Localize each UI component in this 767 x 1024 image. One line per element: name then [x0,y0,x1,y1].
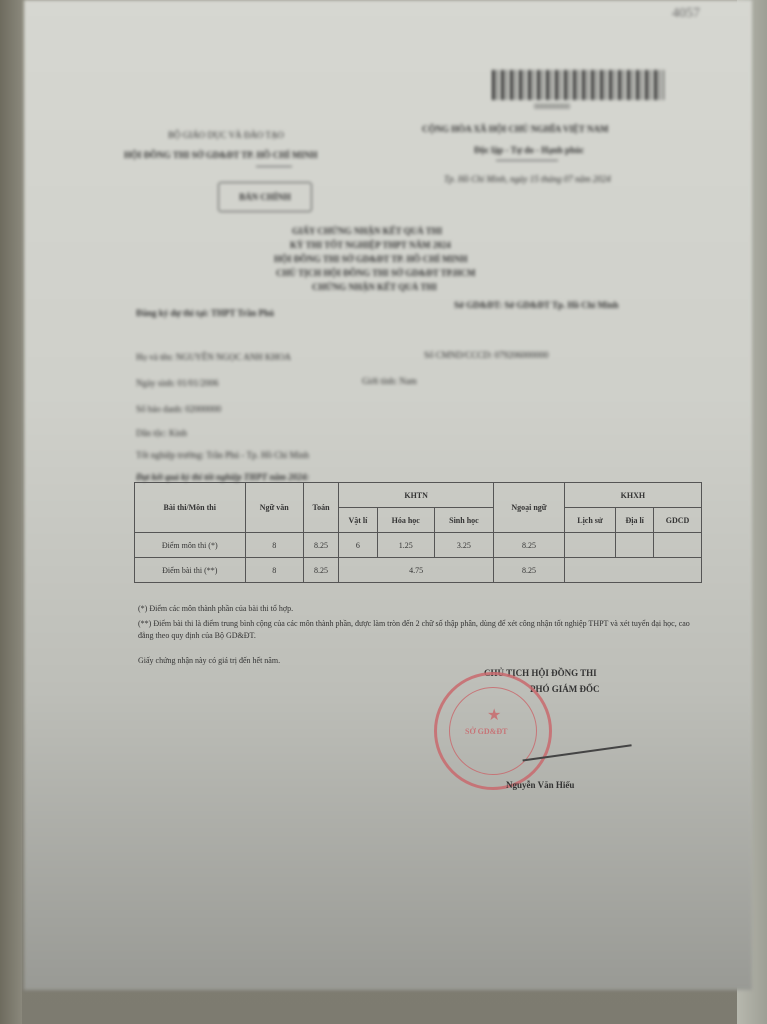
header-subject: Bài thi/Môn thi [135,483,246,533]
corner-mark: 4057 [672,6,700,22]
header-physics: Vật lí [339,508,378,533]
seal-text: SỞ GD&ĐT [465,727,507,736]
council-name: HỘI ĐỒNG THI SỞ GD&ĐT TP. HỒ CHÍ MINH [124,150,317,160]
star-icon: ★ [487,705,501,725]
header-natural-sciences: KHTN [339,483,494,508]
doc-title-4: CHỦ TỊCH HỘI ĐỒNG THI SỞ GD&ĐT TP.HCM [276,268,476,278]
registration-department: Sở GD&ĐT: Sở GD&ĐT Tp. Hồ Chí Minh [454,300,664,310]
doc-title-2: KỲ THI TỐT NGHIỆP THPT NĂM 2024 [290,240,451,250]
table-row: Điểm bài thi (**) 8 8.25 4.75 8.25 [135,558,702,583]
candidate-name: Họ và tên: NGUYỄN NGỌC ANH KHOA [136,352,291,362]
candidate-id: Số CMND/CCCD: 079206000000 [424,350,549,360]
divider [256,166,292,167]
results-section-title: Đạt kết quả kỳ thi tốt nghiệp THPT năm 2… [136,472,309,482]
background-left-edge [0,0,22,1024]
barcode [492,70,664,100]
divider [496,160,558,161]
barcode-number: 000000000 [534,102,570,111]
header-math: Toán [303,483,338,533]
candidate-dob: Ngày sinh: 01/01/2006 [136,378,219,388]
ministry-name: BỘ GIÁO DỤC VÀ ĐÀO TẠO [168,130,284,140]
header-history: Lịch sử [564,508,616,533]
issue-date: Tp. Hồ Chí Minh, ngày 15 tháng 07 năm 20… [444,174,611,184]
table-row: Điểm môn thi (*) 8 8.25 6 1.25 3.25 8.25 [135,533,702,558]
note-2: (**) Điểm bài thi là điểm trung bình cộn… [138,618,702,642]
header-biology: Sinh học [434,508,494,533]
results-table: Bài thi/Môn thi Ngữ văn Toán KHTN Ngoại … [134,482,702,583]
doc-title-3: HỘI ĐỒNG THI SỞ GD&ĐT TP. HỒ CHÍ MINH [274,254,467,264]
signatory-name: Nguyễn Văn Hiếu [506,780,574,790]
header-social-sciences: KHXH [564,483,701,508]
signatory-subtitle: PHÓ GIÁM ĐỐC [530,684,600,694]
national-motto: Độc lập - Tự do - Hạnh phúc [474,145,584,155]
header-chemistry: Hóa học [377,508,434,533]
original-copy-label: BẢN CHÍNH [218,182,312,212]
note-1: (*) Điểm các môn thành phần của bài thi … [138,604,293,613]
graduation-school: Tốt nghiệp trường: Trần Phú - Tp. Hồ Chí… [136,450,309,460]
header-foreign-language: Ngoại ngữ [494,483,565,533]
note-3: Giấy chứng nhận này có giá trị đến hết n… [138,656,280,665]
header-geography: Địa lí [616,508,654,533]
candidate-gender: Giới tính: Nam [362,376,417,386]
doc-title-5: CHỨNG NHẬN KẾT QUẢ THI [312,282,437,292]
candidate-ethnicity: Dân tộc: Kinh [136,428,187,438]
registration-school: Đăng ký dự thi tại: THPT Trần Phú [136,308,274,318]
doc-title-1: GIẤY CHỨNG NHẬN KẾT QUẢ THI [292,226,442,236]
exam-number: Số báo danh: 02000000 [136,404,221,414]
header-civics: GDCD [654,508,702,533]
national-title: CỘNG HÒA XÃ HỘI CHỦ NGHĨA VIỆT NAM [422,124,608,134]
header-literature: Ngữ văn [245,483,303,533]
